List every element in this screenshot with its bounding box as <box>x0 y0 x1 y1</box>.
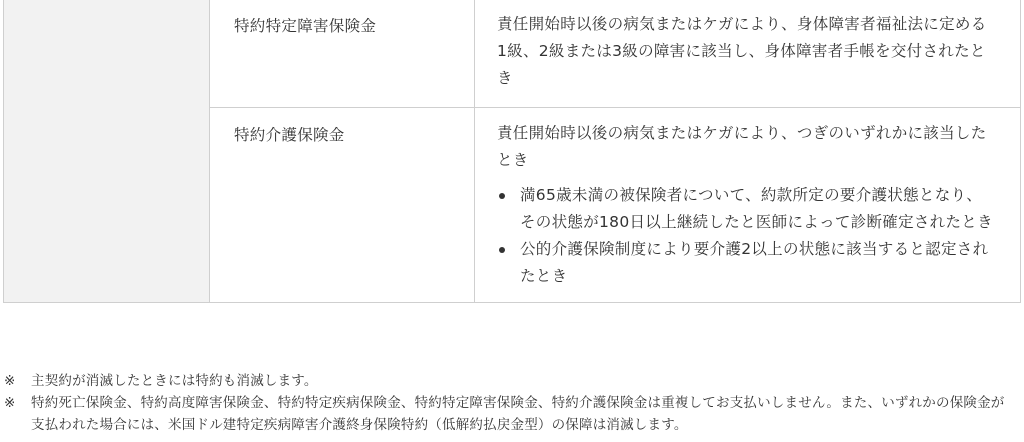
condition-item: 公的介護保険制度により要介護2以上の状態に該当すると認定されたとき <box>497 236 996 290</box>
group-cell <box>4 0 210 303</box>
benefit-description-cell: 責任開始時以後の病気またはケガにより、つぎのいずれかに該当したとき 満65歳未満… <box>475 108 1021 303</box>
footnote: ※ 特約死亡保険金、特約高度障害保険金、特約特定疾病保険金、特約特定障害保険金、… <box>4 392 1014 436</box>
condition-item: 満65歳未満の被保険者について、約款所定の要介護状態となり、その状態が180日以… <box>497 182 996 236</box>
benefit-name: 特約介護保険金 <box>234 126 345 144</box>
footnote-text: 特約死亡保険金、特約高度障害保険金、特約特定疾病保険金、特約特定障害保険金、特約… <box>31 395 1005 433</box>
condition-list: 満65歳未満の被保険者について、約款所定の要介護状態となり、その状態が180日以… <box>497 182 996 290</box>
reference-mark-icon: ※ <box>4 370 16 392</box>
footnote: ※ 主契約が消滅したときには特約も消滅します。 <box>4 370 1014 392</box>
benefit-description-cell: 責任開始時以後の病気またはケガにより、身体障害者福祉法に定める1級、2級または3… <box>475 0 1021 108</box>
footnote-text: 主契約が消滅したときには特約も消滅します。 <box>31 373 318 389</box>
table-row: 特約特定障害保険金 責任開始時以後の病気またはケガにより、身体障害者福祉法に定め… <box>4 0 1021 108</box>
footnotes: ※ 主契約が消滅したときには特約も消滅します。 ※ 特約死亡保険金、特約高度障害… <box>4 370 1014 436</box>
benefit-name-cell: 特約介護保険金 <box>210 108 475 303</box>
benefits-table: 特約特定障害保険金 責任開始時以後の病気またはケガにより、身体障害者福祉法に定め… <box>3 0 1021 303</box>
benefit-name: 特約特定障害保険金 <box>234 17 376 35</box>
reference-mark-icon: ※ <box>4 392 16 414</box>
benefit-description: 責任開始時以後の病気またはケガにより、身体障害者福祉法に定める1級、2級または3… <box>497 11 996 92</box>
benefit-description: 責任開始時以後の病気またはケガにより、つぎのいずれかに該当したとき <box>497 120 996 174</box>
benefit-name-cell: 特約特定障害保険金 <box>210 0 475 108</box>
